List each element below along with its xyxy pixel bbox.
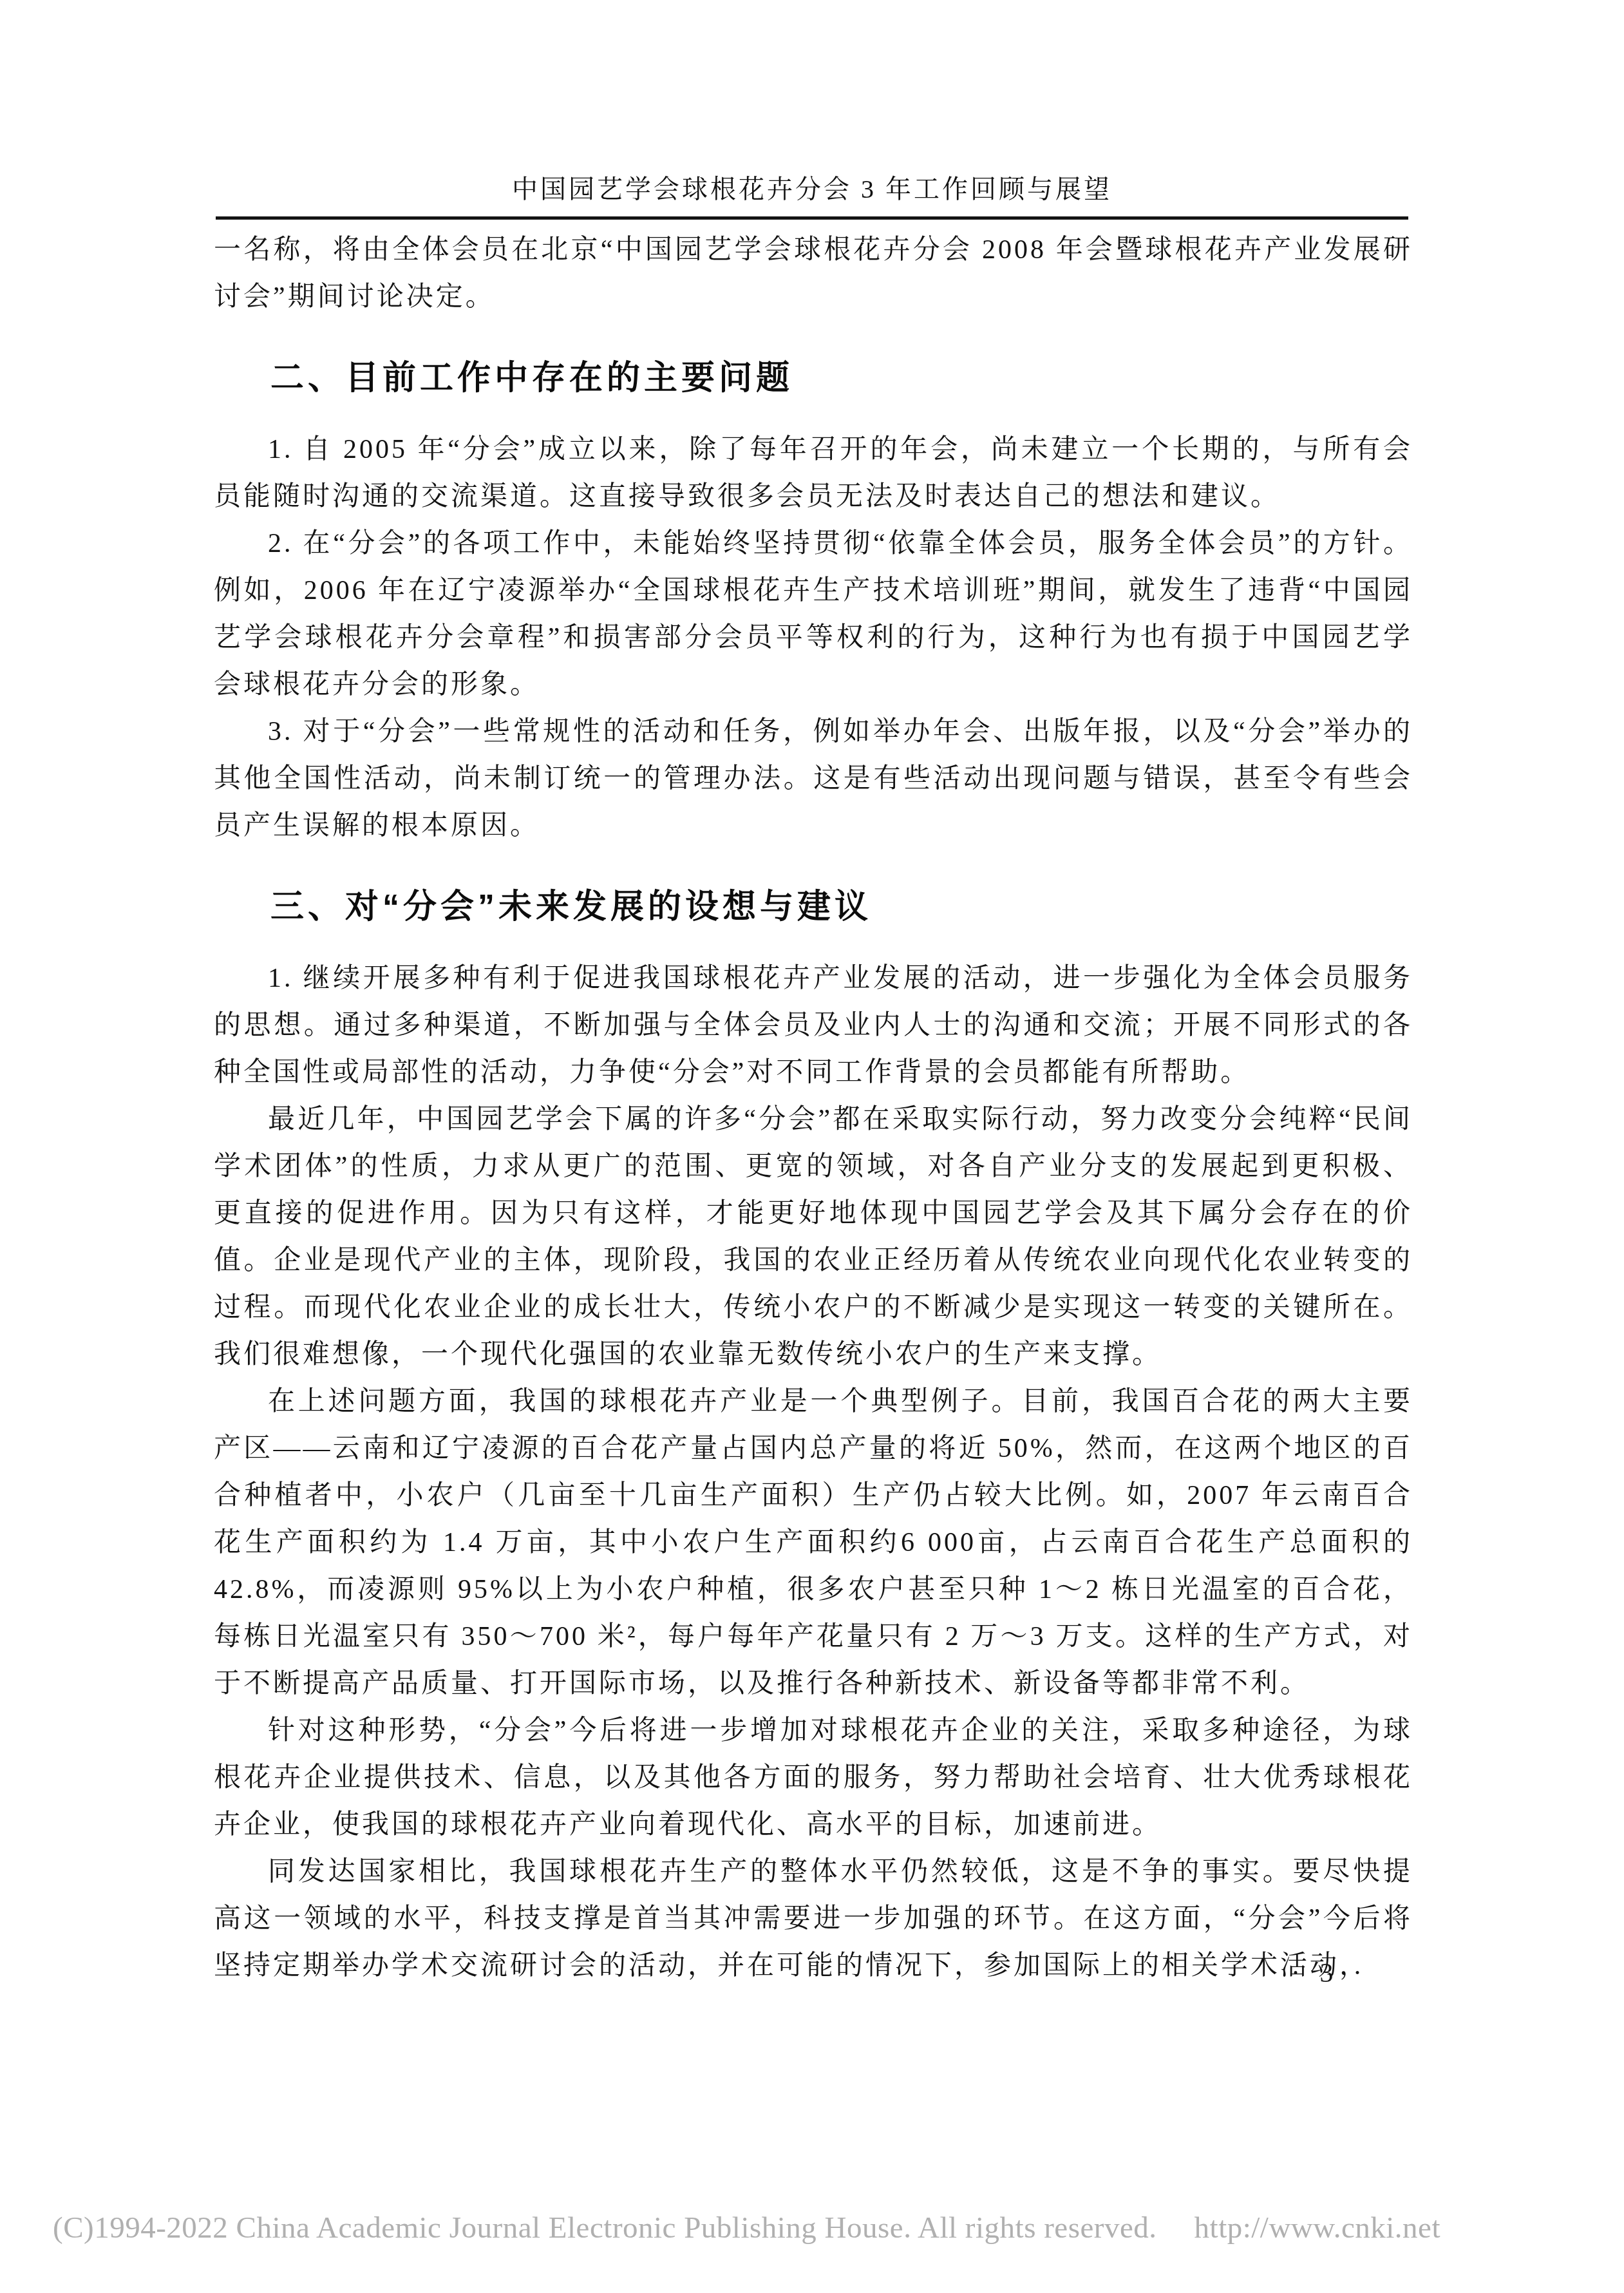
body-paragraph: 最近几年，中国园艺学会下属的许多“分会”都在采取实际行动，努力改变分会纯粹“民间… bbox=[214, 1096, 1413, 1378]
document-body: 一名称，将由全体会员在北京“中国园艺学会球根花卉分会 2008 年会暨球根花卉产… bbox=[214, 227, 1413, 1990]
body-paragraph: 针对这种形势，“分会”今后将进一步增加对球根花卉企业的关注，采取多种途径，为球根… bbox=[214, 1708, 1413, 1849]
section-heading: 二、目前工作中存在的主要问题 bbox=[270, 358, 1413, 398]
body-paragraph: 一名称，将由全体会员在北京“中国园艺学会球根花卉分会 2008 年会暨球根花卉产… bbox=[214, 227, 1413, 321]
footer: (C)1994-2022 China Academic Journal Elec… bbox=[53, 2211, 1579, 2245]
footer-copyright: (C)1994-2022 China Academic Journal Elec… bbox=[53, 2211, 1157, 2245]
body-paragraph: 3. 对于“分会”一些常规性的活动和任务，例如举办年会、出版年报，以及“分会”举… bbox=[214, 709, 1413, 850]
scanned-document-page: 中国园艺学会球根花卉分会 3 年工作回顾与展望 一名称，将由全体会员在北京“中国… bbox=[0, 0, 1624, 2293]
body-paragraph: 同发达国家相比，我国球根花卉生产的整体水平仍然较低，这是不争的事实。要尽快提高这… bbox=[214, 1849, 1413, 1990]
header-rule bbox=[216, 216, 1408, 220]
body-paragraph: 2. 在“分会”的各项工作中，未能始终坚持贯彻“依靠全体会员，服务全体会员”的方… bbox=[214, 520, 1413, 709]
running-title: 中国园艺学会球根花卉分会 3 年工作回顾与展望 bbox=[0, 169, 1624, 205]
body-paragraph: 在上述问题方面，我国的球根花卉产业是一个典型例子。目前，我国百合花的两大主要产区… bbox=[214, 1378, 1413, 1708]
page-number: · 3 · bbox=[1291, 1958, 1368, 1989]
section-heading: 三、对“分会”未来发展的设想与建议 bbox=[270, 887, 1413, 927]
body-paragraph: 1. 自 2005 年“分会”成立以来，除了每年召开的年会，尚未建立一个长期的，… bbox=[214, 426, 1413, 520]
body-paragraph: 1. 继续开展多种有利于促进我国球根花卉产业发展的活动，进一步强化为全体会员服务… bbox=[214, 955, 1413, 1096]
footer-url: http://www.cnki.net bbox=[1194, 2211, 1440, 2245]
